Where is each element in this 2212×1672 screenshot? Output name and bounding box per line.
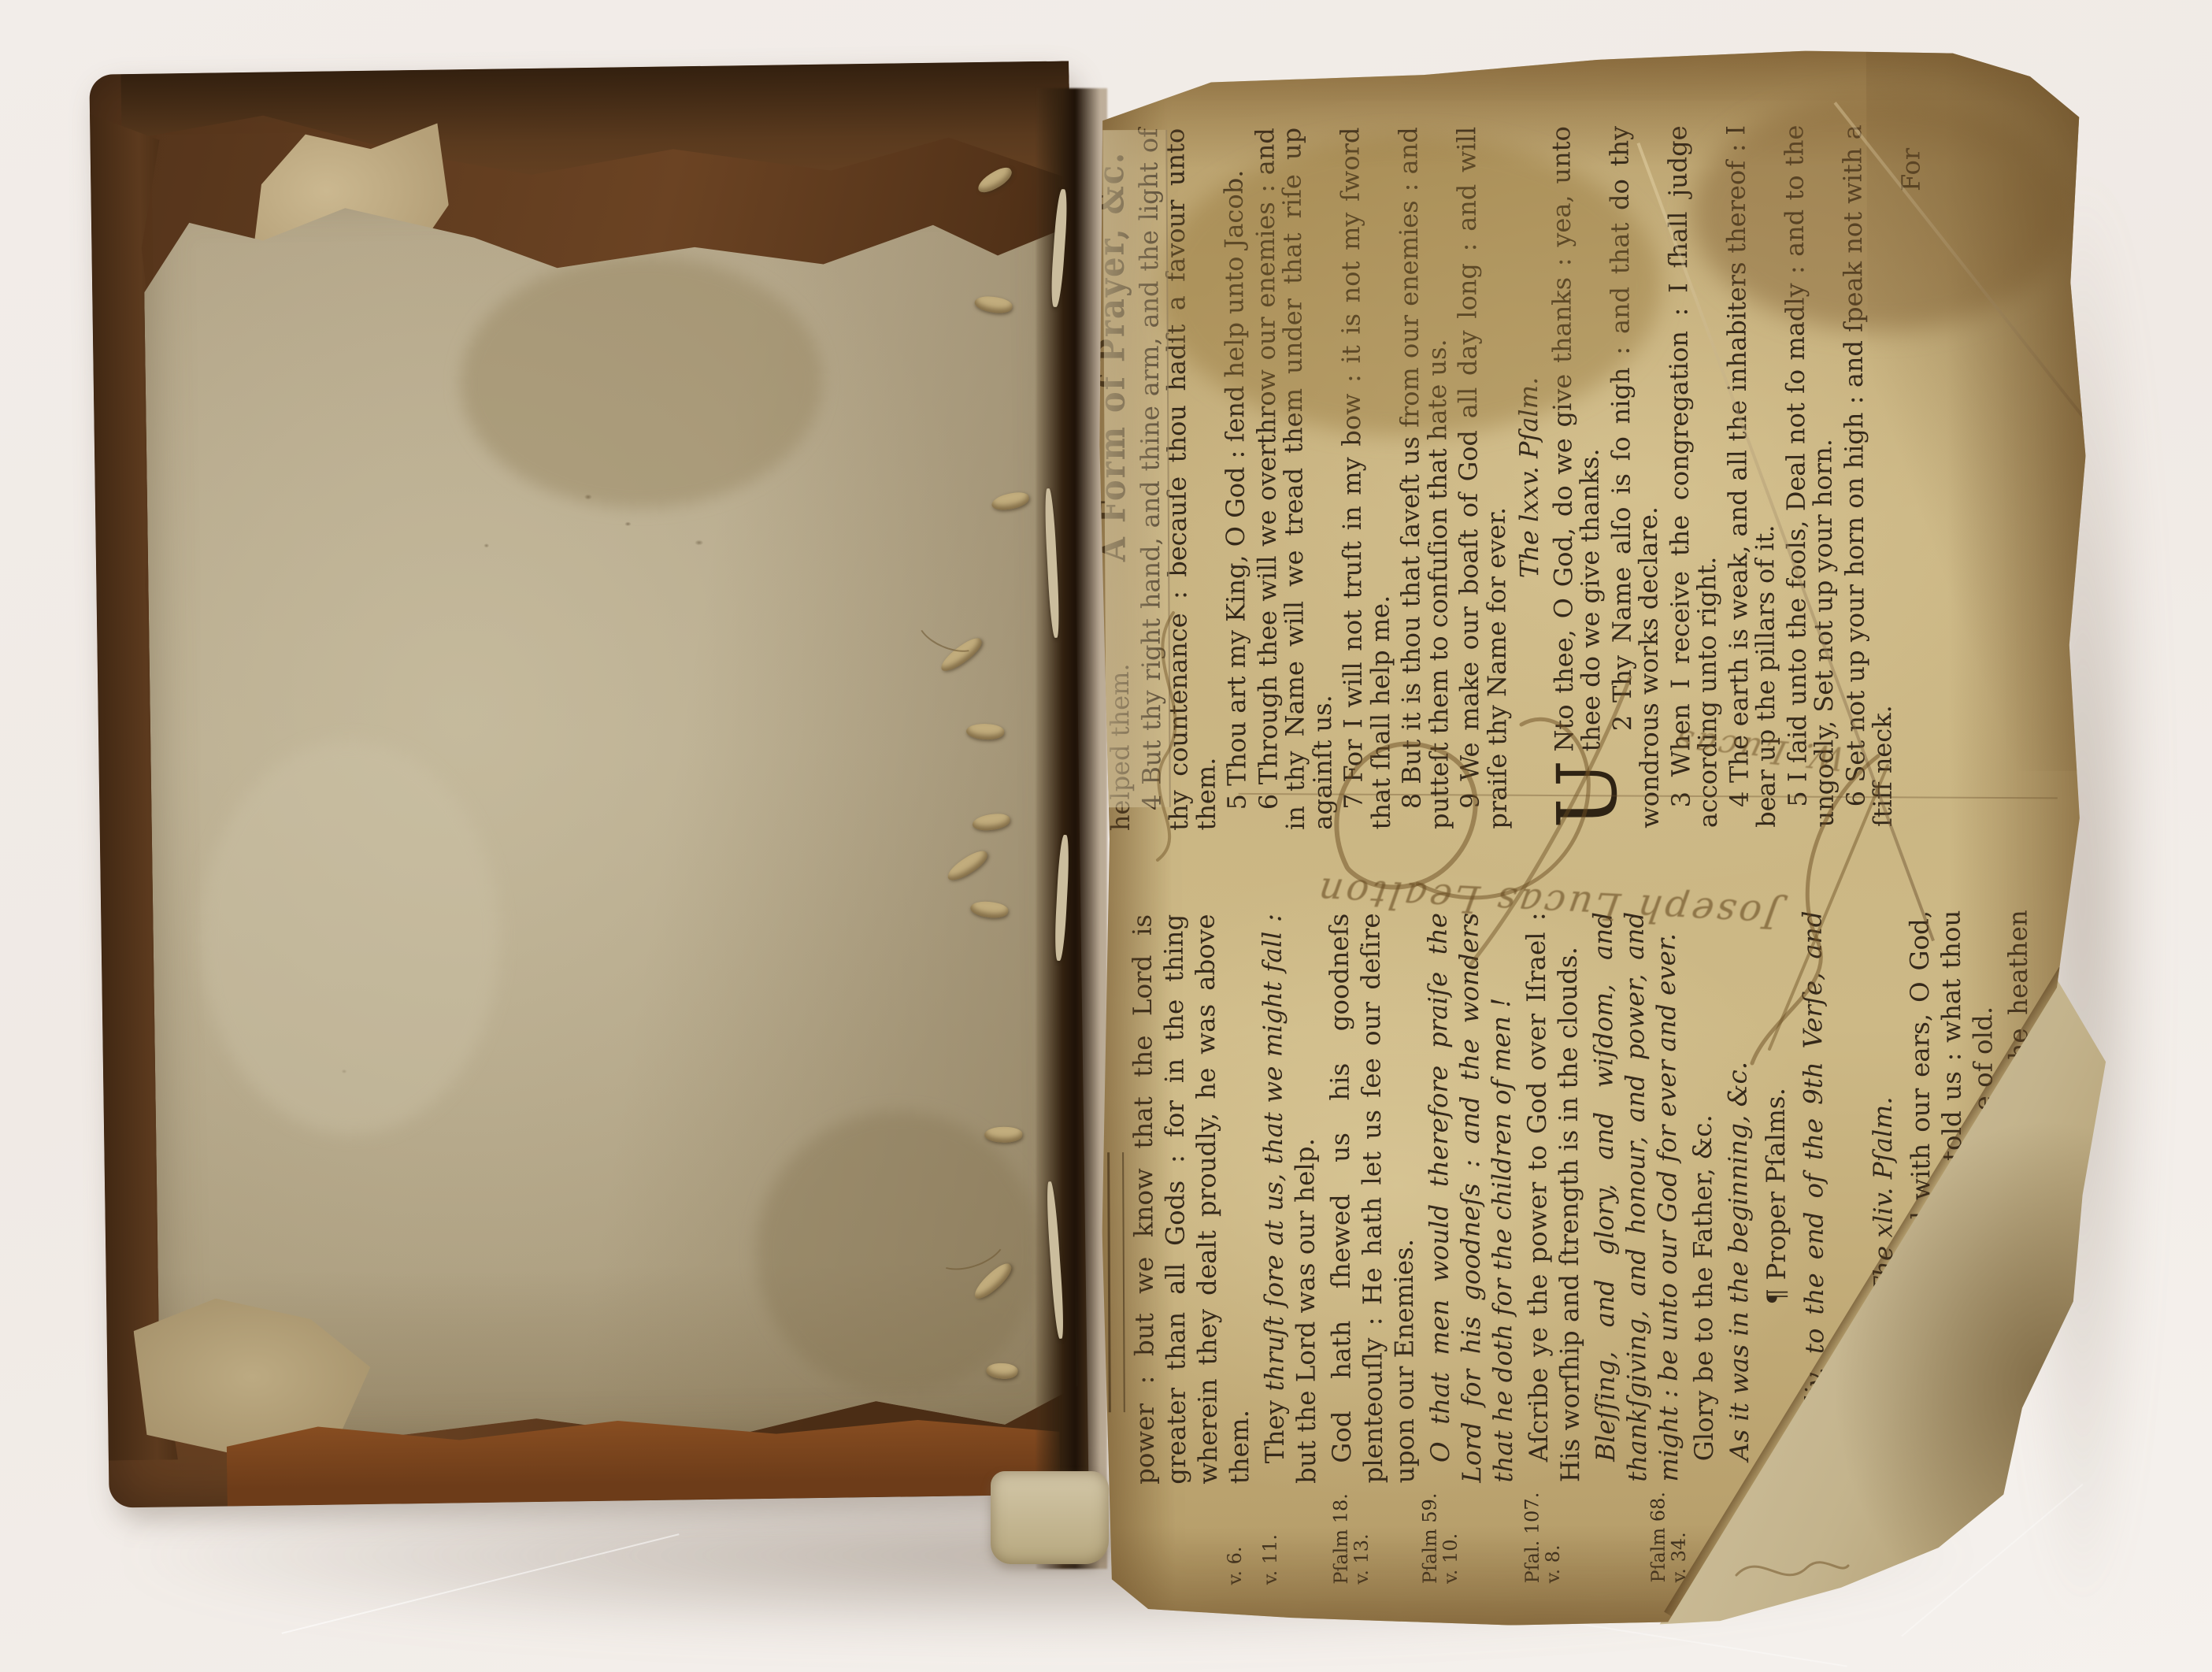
margin-ref: v. 11. — [1259, 1490, 1280, 1585]
psalm-verse: 5 Thou art my King, O God : ſend help un… — [1220, 128, 1251, 830]
ink-squiggle — [1728, 1542, 1854, 1597]
verse-lead: They — [1260, 1391, 1290, 1463]
spine-foot-wrap — [991, 1471, 1109, 1564]
sewing-tuft — [974, 164, 1015, 196]
spine-gutter — [1036, 88, 1107, 1569]
margin-ref: Pſalm 59. v. 10. — [1419, 1489, 1461, 1584]
margin-ref: Pſalm 18. v. 13. — [1330, 1489, 1372, 1584]
head-rule — [1107, 1152, 1125, 1412]
surface-scratch — [281, 1533, 679, 1634]
verse-italic: thruſt ſore at us, that we might fall : — [1258, 914, 1290, 1392]
margin-ref: v. 6. — [1224, 1490, 1245, 1585]
psalm-verse: 6 Set not up your horn on high : and ſpe… — [1839, 124, 1897, 827]
gloria: Glory be to the Father, &c. — [1685, 911, 1720, 1481]
verse: God hath ſhewed us his goodneſs plenteou… — [1323, 913, 1421, 1484]
photo-of-antique-book: A Form of Prayer, &c. v. 6. v. 11. Pſalm… — [0, 0, 2212, 1672]
verse: They thruſt ſore at us, that we might fa… — [1257, 914, 1323, 1484]
ink-flourish-monogram — [1299, 630, 1677, 992]
pastedown-stain — [198, 739, 502, 1136]
margin-ref: Pſal. 107. v. 8. — [1521, 1488, 1563, 1583]
book-back-board-leather — [89, 61, 1088, 1507]
psalm-verse: 5 I ſaid unto the fools, Deal not ſo mad… — [1780, 124, 1839, 827]
verse: power : but we know that the Lord is gre… — [1127, 914, 1256, 1485]
margin-ref: Pſalm 68. v. 34. — [1647, 1488, 1689, 1582]
pastedown-stain — [459, 254, 824, 510]
verse: Bleſſing, and glory, and wiſdom, and tha… — [1587, 911, 1684, 1482]
verse: Aſcribe ye the power to God over Iſrael … — [1520, 912, 1586, 1482]
psalm-verse: 4 The earth is weak, and all the inhabit… — [1722, 125, 1780, 828]
verse-tail: but the Lord was our help. — [1290, 1138, 1321, 1484]
ink-flourish-gutter — [1125, 599, 1211, 866]
catchword: For — [1897, 124, 1928, 827]
verse: O that men would therefore praiſe the Lo… — [1421, 913, 1519, 1484]
